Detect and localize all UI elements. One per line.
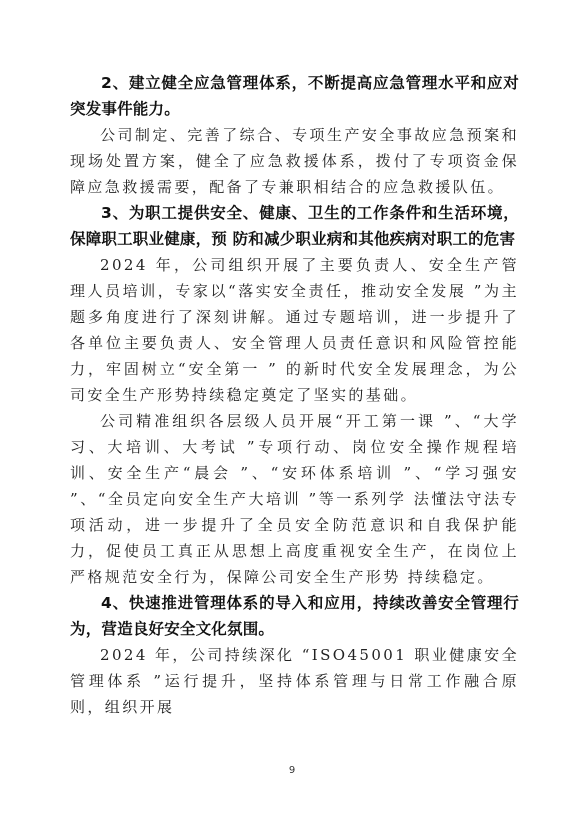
paragraph-training-2024: 2024 年，公司组织开展了主要负责人、安全生产管理人员培训，专家以“落实安全责… xyxy=(70,252,519,408)
section-heading-management-system: 4、快速推进管理体系的导入和应用，持续改善安全管理行为，营造良好安全文化氛围。 xyxy=(70,590,519,642)
page-number: 9 xyxy=(0,765,584,776)
paragraph-emergency-plans: 公司制定、完善了综合、专项生产安全事故应急预案和现场处置方案，健全了应急救援体系… xyxy=(70,122,519,200)
paragraph-iso45001: 2024 年，公司持续深化 “ISO45001 职业健康安全管理体系 ”运行提升… xyxy=(70,642,519,720)
document-page: 2、建立健全应急管理体系，不断提高应急管理水平和应对突发事件能力。 公司制定、完… xyxy=(70,70,519,720)
section-heading-emergency-management: 2、建立健全应急管理体系，不断提高应急管理水平和应对突发事件能力。 xyxy=(70,70,519,122)
paragraph-training-activities: 公司精准组织各层级人员开展“开工第一课 ”、“大学习、大培训、大考试 ”专项行动… xyxy=(70,408,519,590)
section-heading-occupational-health: 3、为职工提供安全、健康、卫生的工作条件和生活环境，保障职工职业健康，预 防和减… xyxy=(70,200,519,252)
